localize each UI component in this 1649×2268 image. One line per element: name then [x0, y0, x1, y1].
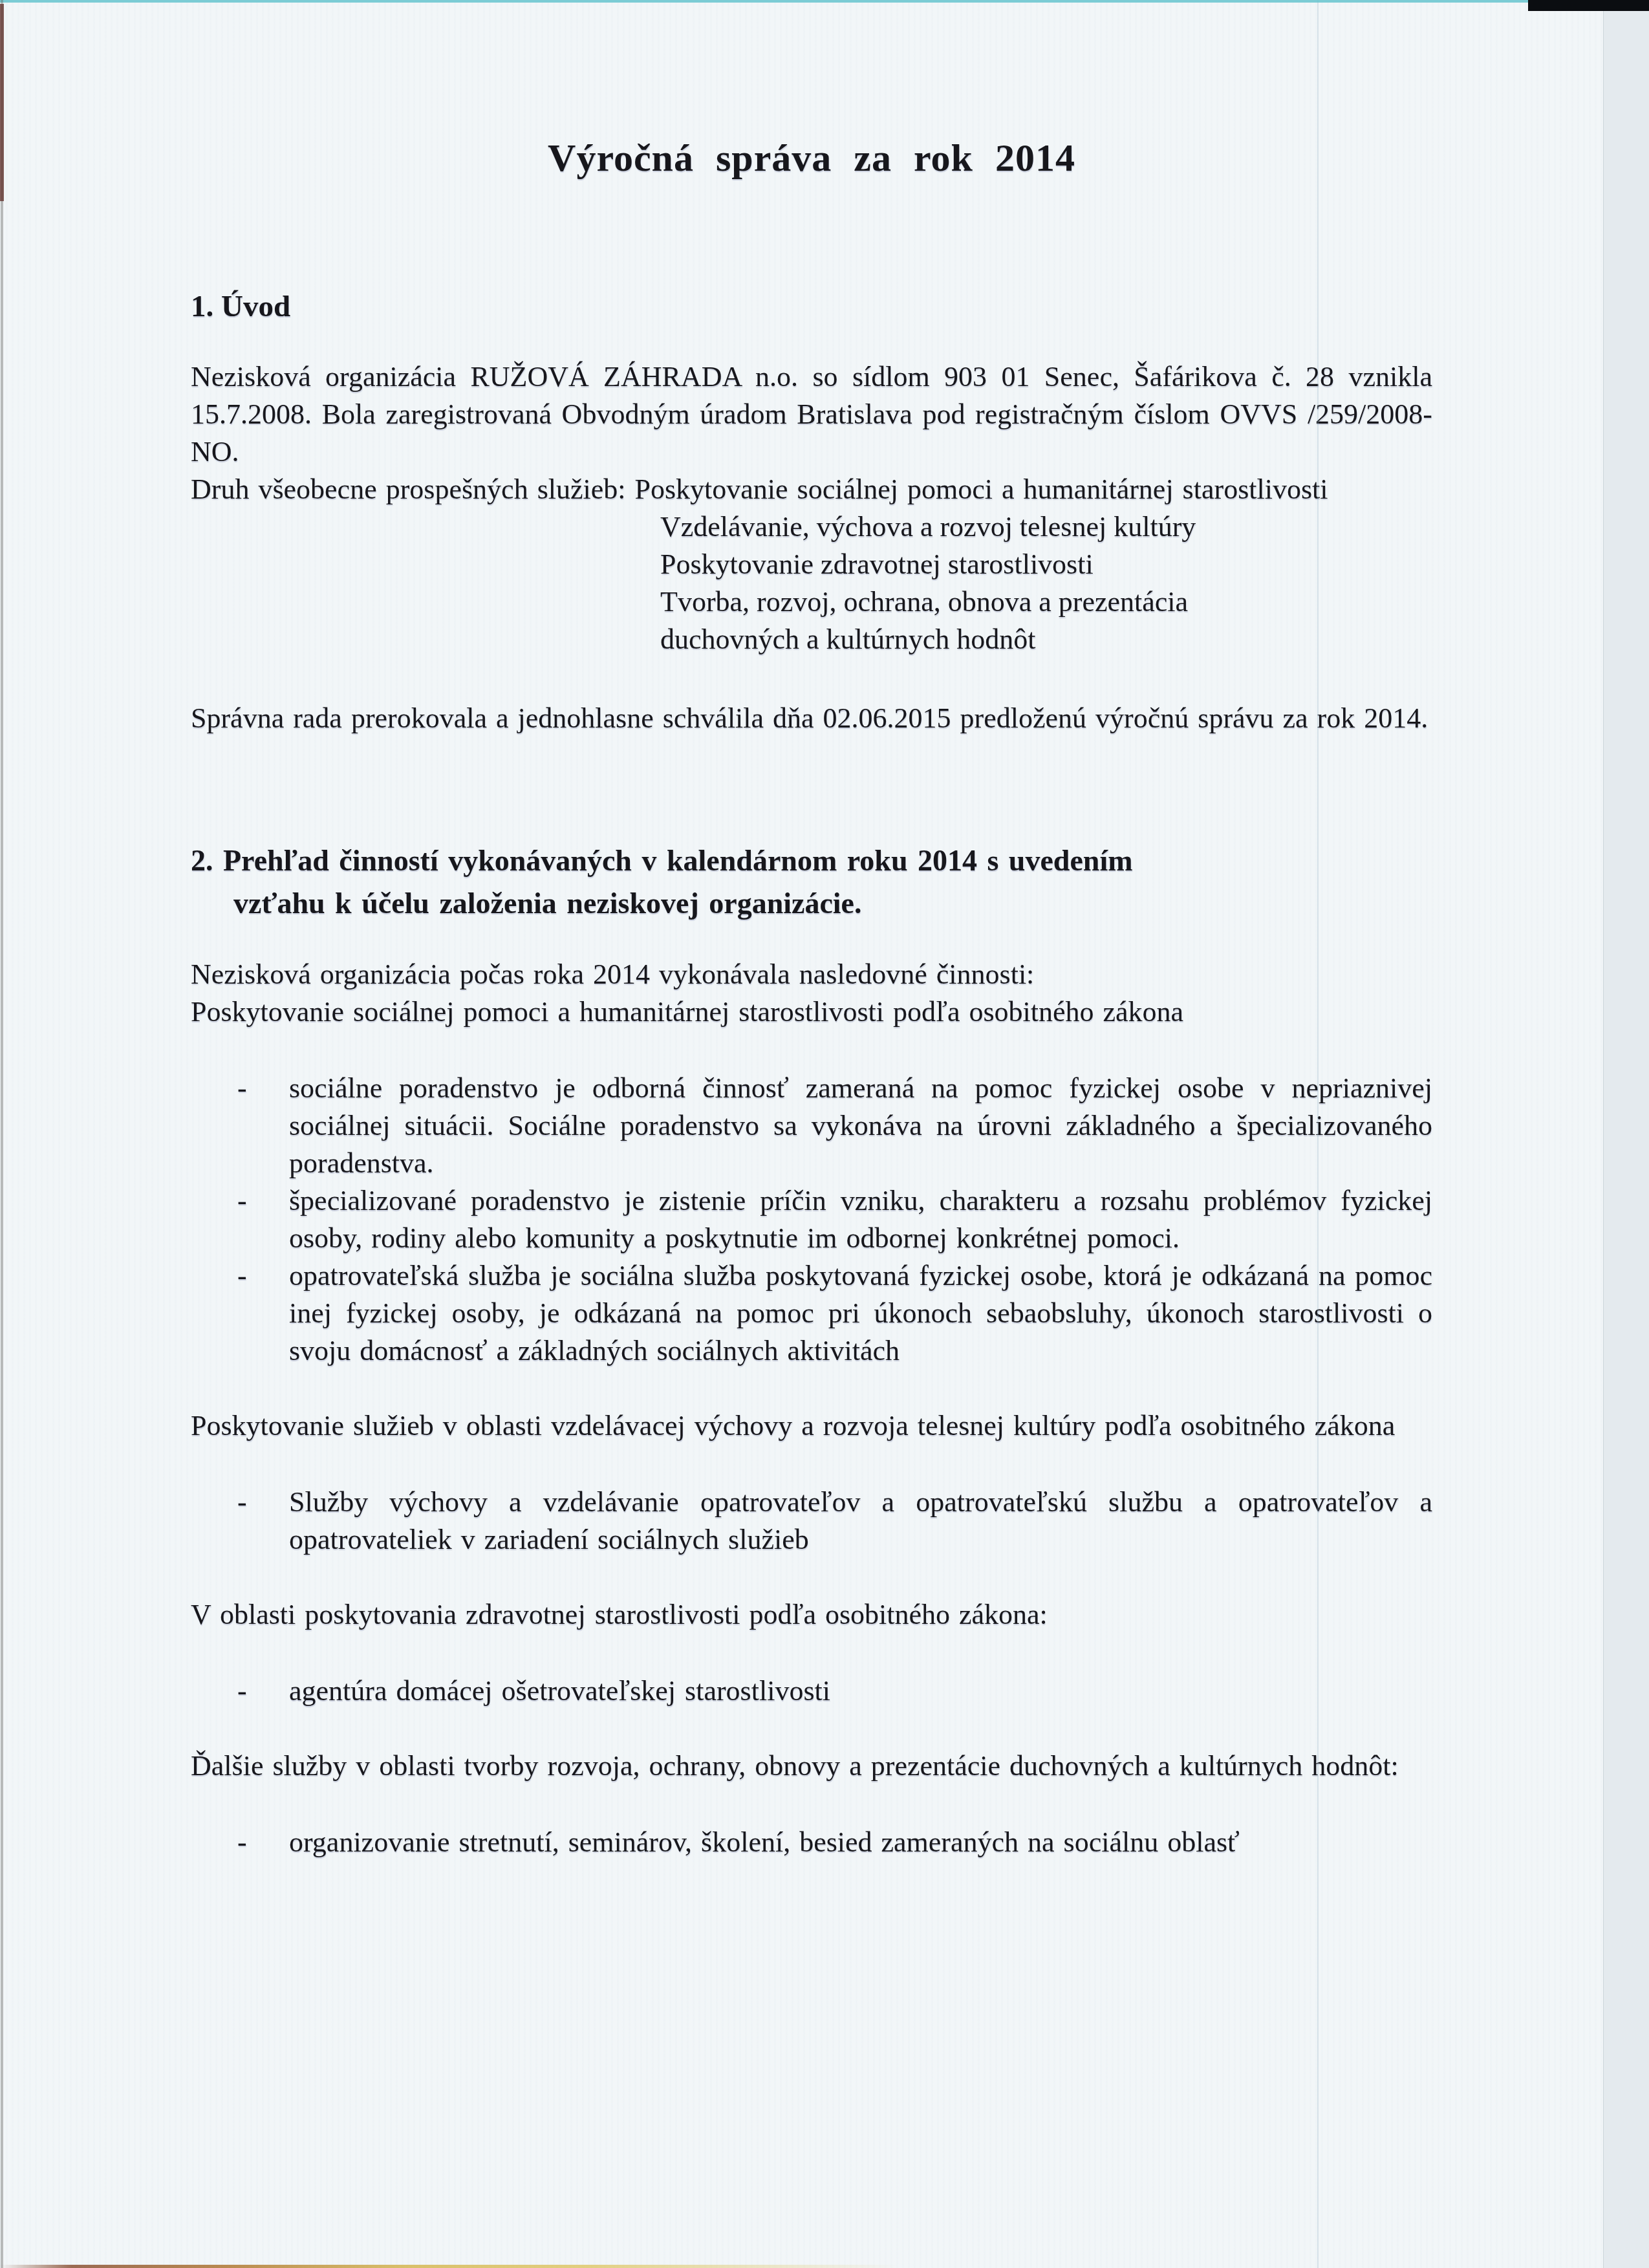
dash-bullet-icon: - — [237, 1672, 289, 1710]
dash-bullet-icon: - — [237, 1070, 289, 1107]
service-list: Vzdelávanie, výchova a rozvoj telesnej k… — [660, 508, 1245, 658]
scan-right-edge-strip — [1603, 0, 1649, 2268]
section-2-heading: 2. Prehľad činností vykonávaných v kalen… — [191, 839, 1432, 925]
list-item-text: sociálne poradenstvo je odborná činnosť … — [289, 1070, 1432, 1182]
service-list-item: Poskytovanie zdravotnej starostlivosti — [660, 546, 1245, 583]
scan-vertical-line — [1317, 0, 1319, 2268]
culture-paragraph: Ďalšie služby v oblasti tvorby rozvoja, … — [191, 1747, 1432, 1785]
social-services-bullet-list: - sociálne poradenstvo je odborná činnos… — [191, 1070, 1432, 1370]
service-list-item: Vzdelávanie, výchova a rozvoj telesnej k… — [660, 508, 1245, 546]
section-2-heading-line-2: vzťahu k účelu založenia neziskovej orga… — [191, 882, 1432, 925]
health-bullet-list: - agentúra domácej ošetrovateľskej staro… — [191, 1672, 1432, 1710]
dash-bullet-icon: - — [237, 1824, 289, 1861]
list-item: - organizovanie stretnutí, seminárov, šk… — [191, 1824, 1432, 1861]
education-paragraph: Poskytovanie služieb v oblasti vzdelávac… — [191, 1407, 1432, 1445]
dash-bullet-icon: - — [237, 1484, 289, 1521]
list-item-text: špecializované poradenstvo je zistenie p… — [289, 1182, 1432, 1257]
services-type-paragraph: Druh všeobecne prospešných služieb: Posk… — [191, 471, 1432, 508]
scan-bottom-edge-line — [0, 2265, 899, 2268]
scan-left-maroon-streak — [0, 4, 4, 201]
list-item: - špecializované poradenstvo je zistenie… — [191, 1182, 1432, 1257]
service-list-item: Tvorba, rozvoj, ochrana, obnova a prezen… — [660, 583, 1245, 658]
board-approval-paragraph: Správna rada prerokovala a jednohlasne s… — [191, 700, 1432, 737]
scan-corner-black-bar — [1528, 0, 1649, 11]
scan-top-edge-line — [0, 0, 1649, 3]
section-2-heading-line-1: 2. Prehľad činností vykonávaných v kalen… — [191, 839, 1432, 882]
list-item-text: organizovanie stretnutí, seminárov, škol… — [289, 1824, 1432, 1861]
page-title: Výročná správa za rok 2014 — [191, 137, 1432, 178]
education-bullet-list: - Služby výchovy a vzdelávanie opatrovat… — [191, 1484, 1432, 1559]
list-item: - opatrovateľská služba je sociálna služ… — [191, 1257, 1432, 1370]
scan-left-edge-line — [1, 0, 3, 2268]
list-item: - sociálne poradenstvo je odborná činnos… — [191, 1070, 1432, 1182]
list-item-text: opatrovateľská služba je sociálna služba… — [289, 1257, 1432, 1370]
list-item: - Služby výchovy a vzdelávanie opatrovat… — [191, 1484, 1432, 1559]
activities-intro: Nezisková organizácia počas roka 2014 vy… — [191, 956, 1432, 1031]
culture-bullet-list: - organizovanie stretnutí, seminárov, šk… — [191, 1824, 1432, 1861]
list-item-text: agentúra domácej ošetrovateľskej starost… — [289, 1672, 1432, 1710]
registration-paragraph: Nezisková organizácia RUŽOVÁ ZÁHRADA n.o… — [191, 358, 1432, 471]
list-item-text: Služby výchovy a vzdelávanie opatrovateľ… — [289, 1484, 1432, 1559]
list-item: - agentúra domácej ošetrovateľskej staro… — [191, 1672, 1432, 1710]
dash-bullet-icon: - — [237, 1182, 289, 1220]
activities-intro-line-1: Nezisková organizácia počas roka 2014 vy… — [191, 956, 1432, 993]
dash-bullet-icon: - — [237, 1257, 289, 1295]
document-content: Výročná správa za rok 2014 1. Úvod Nezis… — [191, 0, 1432, 1861]
health-paragraph: V oblasti poskytovania zdravotnej staros… — [191, 1596, 1432, 1634]
document-page: Výročná správa za rok 2014 1. Úvod Nezis… — [0, 0, 1649, 2268]
section-1-heading: 1. Úvod — [191, 290, 1432, 323]
activities-intro-line-2: Poskytovanie sociálnej pomoci a humanitá… — [191, 993, 1432, 1031]
